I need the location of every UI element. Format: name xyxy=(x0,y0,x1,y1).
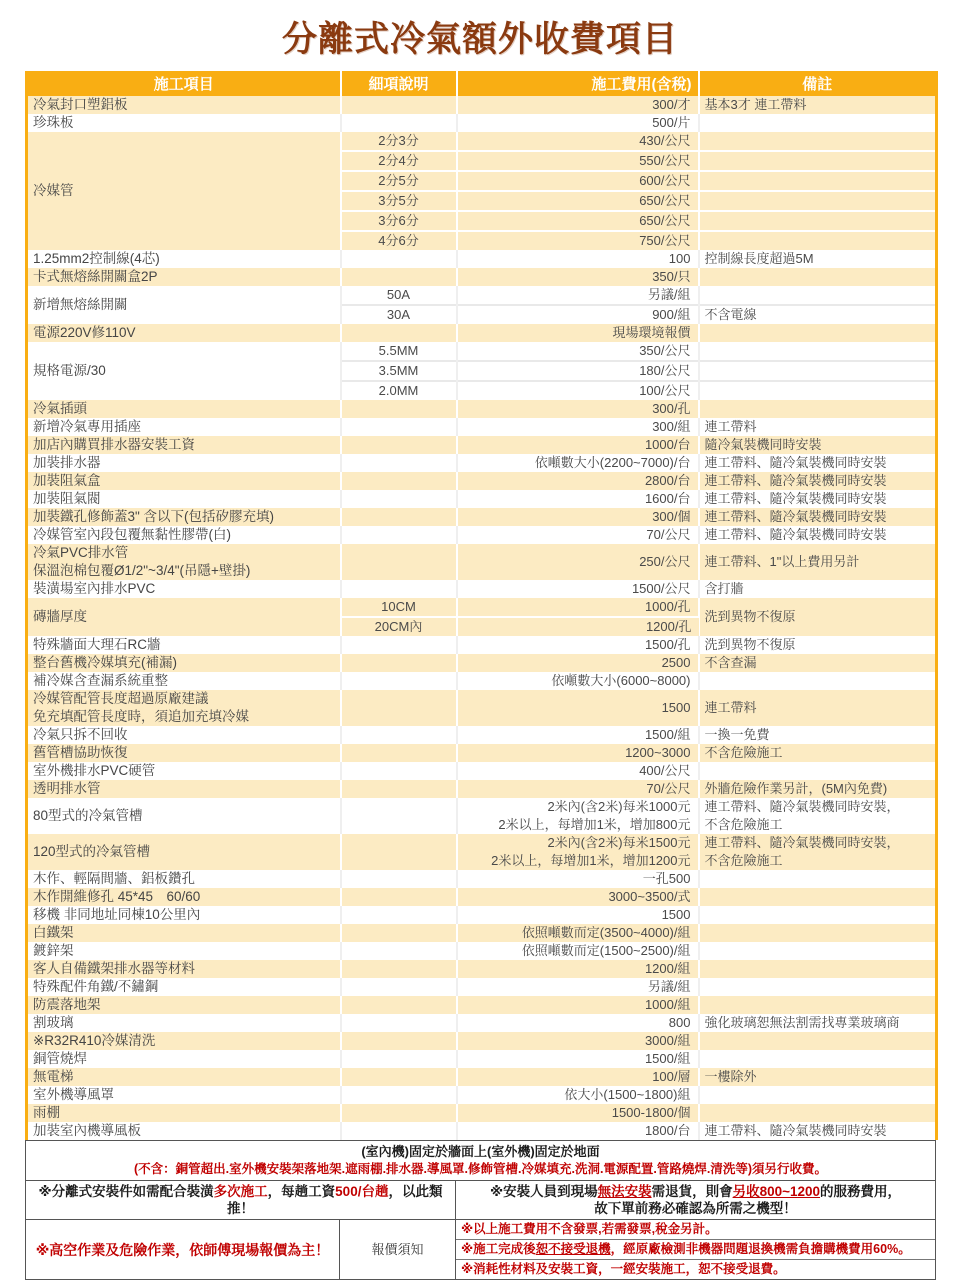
cost-cell: 900/組 xyxy=(457,305,699,324)
table-row: 新增無熔絲開關50A另議/組 xyxy=(27,286,937,305)
table-row: 補冷媒含查漏系統重整依噸數大小(6000~8000) xyxy=(27,672,937,690)
item-cell: 新增無熔絲開關 xyxy=(27,286,341,324)
note-cell xyxy=(699,906,937,924)
detail-cell: 50A xyxy=(341,286,457,305)
return-policy-note: ※安裝人員到現場無法安裝需退貨，則會另收800~1200的服務費用， 故下單前務… xyxy=(456,1181,936,1220)
item-cell: 加店內購買排水器安裝工資 xyxy=(27,436,341,454)
quote-notice-label: 報價須知 xyxy=(340,1220,456,1280)
detail-cell xyxy=(341,834,457,870)
detail-cell xyxy=(341,454,457,472)
item-cell: 冷媒管配管長度超過原廠建議 免充填配管長度時，須追加充填冷媒 xyxy=(27,690,341,726)
item-cell: 舊管槽協助恢復 xyxy=(27,744,341,762)
detail-cell xyxy=(341,1050,457,1068)
item-cell: 加裝排水器 xyxy=(27,454,341,472)
table-row: 白鐵架依照噸數而定(3500~4000)/組 xyxy=(27,924,937,942)
item-cell: 白鐵架 xyxy=(27,924,341,942)
table-row: 冷媒管2分3分430/公尺 xyxy=(27,132,937,151)
footer-note-black: (室內機)固定於牆面上(室外機)固定於地面 xyxy=(30,1143,931,1161)
detail-cell xyxy=(341,726,457,744)
table-row: 規格電源/305.5MM350/公尺 xyxy=(27,342,937,361)
cost-cell: 1200/組 xyxy=(457,960,699,978)
cost-cell: 2米內(含2米)每米1500元 2米以上，每增加1米，增加1200元 xyxy=(457,834,699,870)
detail-cell xyxy=(341,654,457,672)
item-cell: 木作、輕隔間牆、鋁板鑽孔 xyxy=(27,870,341,888)
detail-cell: 2分3分 xyxy=(341,132,457,151)
note-cell xyxy=(699,672,937,690)
detail-cell xyxy=(341,400,457,418)
cost-cell: 1500/公尺 xyxy=(457,580,699,598)
cost-cell: 800 xyxy=(457,1014,699,1032)
cost-cell: 250/公尺 xyxy=(457,544,699,580)
cost-cell: 300/孔 xyxy=(457,400,699,418)
table-row: 舊管槽協助恢復1200~3000不含危險施工 xyxy=(27,744,937,762)
detail-cell xyxy=(341,1104,457,1122)
table-row: 冷氣PVC排水管 保溫泡棉包覆Ø1/2"~3/4"(吊隱+壁掛)250/公尺連工… xyxy=(27,544,937,580)
table-row: 新增冷氣專用插座300/組連工帶料 xyxy=(27,418,937,436)
multi-trip-note: ※分離式安裝件如需配合裝潢多次施工，每趟工資500/台趟，以此類推！ xyxy=(26,1181,456,1220)
footer-note-row: (室內機)固定於牆面上(室外機)固定於地面 (不含：銅管超出.室外機安裝架落地架… xyxy=(26,1141,936,1181)
detail-cell xyxy=(341,960,457,978)
table-row: 80型式的冷氣管槽2米內(含2米)每米1000元 2米以上，每增加1米，增加80… xyxy=(27,798,937,834)
item-cell: 1.25mm2控制線(4芯) xyxy=(27,250,341,268)
note-cell xyxy=(699,151,937,171)
item-cell: 冷媒管 xyxy=(27,132,341,250)
cost-cell: 1200/孔 xyxy=(457,617,699,636)
note-cell: 連工帶料、隨冷氣裝機同時安裝 xyxy=(699,490,937,508)
detail-cell xyxy=(341,324,457,342)
note-cell: 連工帶料 xyxy=(699,418,937,436)
item-cell: 整台舊機冷媒填充(補漏) xyxy=(27,654,341,672)
item-cell: 特殊配件角鐵/不鏽鋼 xyxy=(27,978,341,996)
table-row: 客人自備鐵架排水器等材料1200/組 xyxy=(27,960,937,978)
column-header-cost: 施工費用(含稅) xyxy=(457,71,699,96)
cost-cell: 另議/組 xyxy=(457,978,699,996)
note-cell xyxy=(699,1032,937,1050)
table-row: 磚牆厚度10CM1000/孔洗到異物不復原 xyxy=(27,598,937,617)
note-cell: 外牆危險作業另計，(5M內免費) xyxy=(699,780,937,798)
detail-cell xyxy=(341,744,457,762)
table-row: 冷氣封口塑鋁板300/才基本3才 連工帶料 xyxy=(27,96,937,114)
item-cell: 防震落地架 xyxy=(27,996,341,1014)
table-row: 透明排水管70/公尺外牆危險作業另計，(5M內免費) xyxy=(27,780,937,798)
cost-cell: 1000/組 xyxy=(457,996,699,1014)
item-cell: 規格電源/30 xyxy=(27,342,341,400)
item-cell: ※R32R410冷媒清洗 xyxy=(27,1032,341,1050)
detail-cell xyxy=(341,906,457,924)
note-cell: 含打牆 xyxy=(699,580,937,598)
column-header-detail: 細項說明 xyxy=(341,71,457,96)
item-cell: 珍珠板 xyxy=(27,114,341,132)
item-cell: 特殊牆面大理石RC牆 xyxy=(27,636,341,654)
table-row: 移機 非同地址同棟10公里內1500 xyxy=(27,906,937,924)
note-cell xyxy=(699,286,937,305)
item-cell: 移機 非同地址同棟10公里內 xyxy=(27,906,341,924)
note-cell xyxy=(699,888,937,906)
table-row: 加裝鐵孔修飾蓋3" 含以下(包括矽膠充填)300/個連工帶料、隨冷氣裝機同時安裝 xyxy=(27,508,937,526)
footer-quote-row: ※高空作業及危險作業，依師傅現場報價為主！ 報價須知 ※以上施工費用不含發票,若… xyxy=(26,1220,936,1280)
detail-cell xyxy=(341,1122,457,1140)
detail-cell xyxy=(341,1032,457,1050)
item-cell: 室外機排水PVC硬管 xyxy=(27,762,341,780)
note-cell: 不含危險施工 xyxy=(699,744,937,762)
table-row: 冷氣插頭300/孔 xyxy=(27,400,937,418)
detail-cell xyxy=(341,780,457,798)
note-cell xyxy=(699,191,937,211)
detail-cell xyxy=(341,268,457,286)
table-row: 木作開維修孔 45*45 60/603000~3500/式 xyxy=(27,888,937,906)
table-row: 室外機導風罩依大小(1500~1800)組 xyxy=(27,1086,937,1104)
table-row: 鍍鋅架依照噸數而定(1500~2500)/組 xyxy=(27,942,937,960)
cost-cell: 依照噸數而定(1500~2500)/組 xyxy=(457,942,699,960)
detail-cell: 3.5MM xyxy=(341,361,457,381)
cost-cell: 600/公尺 xyxy=(457,171,699,191)
cost-cell: 依噸數大小(2200~7000)/台 xyxy=(457,454,699,472)
note-cell: 連工帶料、1"以上費用另計 xyxy=(699,544,937,580)
detail-cell xyxy=(341,526,457,544)
footer-notes-table: (室內機)固定於牆面上(室外機)固定於地面 (不含：銅管超出.室外機安裝架落地架… xyxy=(25,1140,936,1280)
note-cell xyxy=(699,231,937,250)
note-cell xyxy=(699,762,937,780)
table-row: 室外機排水PVC硬管400/公尺 xyxy=(27,762,937,780)
detail-cell xyxy=(341,996,457,1014)
price-table-body: 冷氣封口塑鋁板300/才基本3才 連工帶料珍珠板500/片冷媒管2分3分430/… xyxy=(27,96,937,1140)
note-cell: 連工帶料、隨冷氣裝機同時安裝 xyxy=(699,454,937,472)
table-row: ※R32R410冷媒清洗3000/組 xyxy=(27,1032,937,1050)
table-row: 割玻璃800強化玻璃恕無法割需找專業玻璃商 xyxy=(27,1014,937,1032)
note-cell: 連工帶料 xyxy=(699,690,937,726)
cost-cell: 300/個 xyxy=(457,508,699,526)
table-row: 120型式的冷氣管槽2米內(含2米)每米1500元 2米以上，每增加1米，增加1… xyxy=(27,834,937,870)
note-cell xyxy=(699,268,937,286)
note-cell xyxy=(699,342,937,361)
detail-cell: 2分5分 xyxy=(341,171,457,191)
detail-cell: 4分6分 xyxy=(341,231,457,250)
cost-cell: 500/片 xyxy=(457,114,699,132)
detail-cell xyxy=(341,762,457,780)
table-row: 冷媒管室內段包覆無黏性膠帶(白)70/公尺連工帶料、隨冷氣裝機同時安裝 xyxy=(27,526,937,544)
item-cell: 120型式的冷氣管槽 xyxy=(27,834,341,870)
item-cell: 室外機導風罩 xyxy=(27,1086,341,1104)
detail-cell xyxy=(341,544,457,580)
detail-cell: 30A xyxy=(341,305,457,324)
detail-cell xyxy=(341,870,457,888)
price-table: 施工項目 細項說明 施工費用(含稅) 備註 冷氣封口塑鋁板300/才基本3才 連… xyxy=(25,71,938,1140)
column-header-note: 備註 xyxy=(699,71,937,96)
cost-cell: 2800/台 xyxy=(457,472,699,490)
note-cell: 連工帶料、隨冷氣裝機同時安裝 xyxy=(699,508,937,526)
item-cell: 補冷媒含查漏系統重整 xyxy=(27,672,341,690)
item-cell: 80型式的冷氣管槽 xyxy=(27,798,341,834)
cost-cell: 1000/孔 xyxy=(457,598,699,617)
table-row: 冷氣只拆不回收1500/組一換一免費 xyxy=(27,726,937,744)
table-row: 卡式無熔絲開關盒2P350/只 xyxy=(27,268,937,286)
note-cell: 強化玻璃恕無法割需找專業玻璃商 xyxy=(699,1014,937,1032)
cost-cell: 1500 xyxy=(457,690,699,726)
detail-cell xyxy=(341,942,457,960)
cost-cell: 3000/組 xyxy=(457,1032,699,1050)
quote-note-line: ※消耗性材料及安裝工資，一經安裝施工，恕不接受退費。 xyxy=(456,1259,935,1279)
footer-policy-row: ※分離式安裝件如需配合裝潢多次施工，每趟工資500/台趟，以此類推！ ※安裝人員… xyxy=(26,1181,936,1220)
item-cell: 冷氣PVC排水管 保溫泡棉包覆Ø1/2"~3/4"(吊隱+壁掛) xyxy=(27,544,341,580)
cost-cell: 400/公尺 xyxy=(457,762,699,780)
detail-cell: 3分5分 xyxy=(341,191,457,211)
detail-cell xyxy=(341,978,457,996)
cost-cell: 2米內(含2米)每米1000元 2米以上，每增加1米，增加800元 xyxy=(457,798,699,834)
item-cell: 冷媒管室內段包覆無黏性膠帶(白) xyxy=(27,526,341,544)
footer-note-red: (不含：銅管超出.室外機安裝架落地架.遮雨棚.排水器.導風罩.修飾管槽.冷媒填充… xyxy=(30,1161,931,1178)
detail-cell xyxy=(341,508,457,526)
cost-cell: 100 xyxy=(457,250,699,268)
table-row: 特殊牆面大理石RC牆1500/孔洗到異物不復原 xyxy=(27,636,937,654)
table-row: 防震落地架1000/組 xyxy=(27,996,937,1014)
cost-cell: 650/公尺 xyxy=(457,211,699,231)
note-cell: 一樓除外 xyxy=(699,1068,937,1086)
cost-cell: 350/公尺 xyxy=(457,342,699,361)
note-cell xyxy=(699,924,937,942)
cost-cell: 依大小(1500~1800)組 xyxy=(457,1086,699,1104)
item-cell: 無電梯 xyxy=(27,1068,341,1086)
item-cell: 冷氣只拆不回收 xyxy=(27,726,341,744)
note-cell: 連工帶料、隨冷氣裝機同時安裝 xyxy=(699,526,937,544)
cost-cell: 100/層 xyxy=(457,1068,699,1086)
note-cell: 基本3才 連工帶料 xyxy=(699,96,937,114)
cost-cell: 180/公尺 xyxy=(457,361,699,381)
return-policy-line1: ※安裝人員到現場無法安裝需退貨，則會另收800~1200的服務費用， xyxy=(460,1183,931,1200)
detail-cell xyxy=(341,1068,457,1086)
cost-cell: 現場環境報價 xyxy=(457,324,699,342)
detail-cell xyxy=(341,1086,457,1104)
column-header-item: 施工項目 xyxy=(27,71,341,96)
cost-cell: 2500 xyxy=(457,654,699,672)
table-row: 加裝阻氣閥1600/台連工帶料、隨冷氣裝機同時安裝 xyxy=(27,490,937,508)
table-row: 冷媒管配管長度超過原廠建議 免充填配管長度時，須追加充填冷媒1500連工帶料 xyxy=(27,690,937,726)
note-cell: 不含電線 xyxy=(699,305,937,324)
detail-cell xyxy=(341,1014,457,1032)
note-cell xyxy=(699,381,937,400)
note-cell xyxy=(699,960,937,978)
item-cell: 卡式無熔絲開關盒2P xyxy=(27,268,341,286)
cost-cell: 650/公尺 xyxy=(457,191,699,211)
cost-cell: 另議/組 xyxy=(457,286,699,305)
detail-cell: 2.0MM xyxy=(341,381,457,400)
note-cell: 控制線長度超過5M xyxy=(699,250,937,268)
item-cell: 電源220V修110V xyxy=(27,324,341,342)
note-cell xyxy=(699,132,937,151)
table-row: 加裝排水器依噸數大小(2200~7000)/台連工帶料、隨冷氣裝機同時安裝 xyxy=(27,454,937,472)
table-row: 雨棚1500-1800/個 xyxy=(27,1104,937,1122)
note-cell xyxy=(699,171,937,191)
detail-cell xyxy=(341,114,457,132)
detail-cell xyxy=(341,418,457,436)
cost-cell: 550/公尺 xyxy=(457,151,699,171)
detail-cell xyxy=(341,888,457,906)
table-row: 裝潢場室內排水PVC1500/公尺含打牆 xyxy=(27,580,937,598)
note-cell: 不含查漏 xyxy=(699,654,937,672)
return-policy-line2: 故下單前務必確認為所需之機型！ xyxy=(460,1200,931,1217)
note-cell xyxy=(699,211,937,231)
cost-cell: 3000~3500/式 xyxy=(457,888,699,906)
table-row: 木作、輕隔間牆、鋁板鑽孔一孔500 xyxy=(27,870,937,888)
item-cell: 裝潢場室內排水PVC xyxy=(27,580,341,598)
item-cell: 冷氣插頭 xyxy=(27,400,341,418)
quote-note-line: ※以上施工費用不含發票,若需發票,稅金另計。 xyxy=(456,1220,935,1239)
note-cell xyxy=(699,996,937,1014)
cost-cell: 1600/台 xyxy=(457,490,699,508)
detail-cell xyxy=(341,580,457,598)
item-cell: 木作開維修孔 45*45 60/60 xyxy=(27,888,341,906)
cost-cell: 1500-1800/個 xyxy=(457,1104,699,1122)
detail-cell xyxy=(341,690,457,726)
table-row: 無電梯100/層一樓除外 xyxy=(27,1068,937,1086)
table-row: 銅管燒焊1500/組 xyxy=(27,1050,937,1068)
note-cell: 連工帶料、隨冷氣裝機同時安裝 xyxy=(699,1122,937,1140)
detail-cell xyxy=(341,490,457,508)
note-cell: 洗到異物不復原 xyxy=(699,636,937,654)
detail-cell xyxy=(341,436,457,454)
quote-note-line: ※施工完成後恕不接受退機，經原廠檢測非機器問題退換機需負擔購機費用60%。 xyxy=(456,1239,935,1259)
note-cell xyxy=(699,324,937,342)
detail-cell xyxy=(341,672,457,690)
note-cell: 連工帶料、隨冷氣裝機同時安裝， 不含危險施工 xyxy=(699,834,937,870)
note-cell xyxy=(699,114,937,132)
cost-cell: 430/公尺 xyxy=(457,132,699,151)
item-cell: 加裝阻氣閥 xyxy=(27,490,341,508)
cost-cell: 一孔500 xyxy=(457,870,699,888)
note-cell: 洗到異物不復原 xyxy=(699,598,937,636)
cost-cell: 350/只 xyxy=(457,268,699,286)
table-row: 加裝阻氣盒2800/台連工帶料、隨冷氣裝機同時安裝 xyxy=(27,472,937,490)
table-row: 整台舊機冷媒填充(補漏)2500不含查漏 xyxy=(27,654,937,672)
item-cell: 加裝鐵孔修飾蓋3" 含以下(包括矽膠充填) xyxy=(27,508,341,526)
item-cell: 新增冷氣專用插座 xyxy=(27,418,341,436)
cost-cell: 300/組 xyxy=(457,418,699,436)
note-cell xyxy=(699,1104,937,1122)
note-cell: 連工帶料、隨冷氣裝機同時安裝， 不含危險施工 xyxy=(699,798,937,834)
detail-cell xyxy=(341,250,457,268)
note-cell: 連工帶料、隨冷氣裝機同時安裝 xyxy=(699,472,937,490)
cost-cell: 300/才 xyxy=(457,96,699,114)
table-row: 珍珠板500/片 xyxy=(27,114,937,132)
note-cell xyxy=(699,1050,937,1068)
detail-cell xyxy=(341,472,457,490)
cost-cell: 1200~3000 xyxy=(457,744,699,762)
high-altitude-note: ※高空作業及危險作業，依師傅現場報價為主！ xyxy=(26,1220,340,1280)
item-cell: 加裝阻氣盒 xyxy=(27,472,341,490)
cost-cell: 依照噸數而定(3500~4000)/組 xyxy=(457,924,699,942)
note-cell xyxy=(699,1086,937,1104)
detail-cell: 5.5MM xyxy=(341,342,457,361)
cost-cell: 100/公尺 xyxy=(457,381,699,400)
detail-cell: 3分6分 xyxy=(341,211,457,231)
item-cell: 透明排水管 xyxy=(27,780,341,798)
item-cell: 鍍鋅架 xyxy=(27,942,341,960)
note-cell: 隨冷氣裝機同時安裝 xyxy=(699,436,937,454)
note-cell: 一換一免費 xyxy=(699,726,937,744)
cost-cell: 依噸數大小(6000~8000) xyxy=(457,672,699,690)
table-row: 1.25mm2控制線(4芯)100控制線長度超過5M xyxy=(27,250,937,268)
detail-cell: 2分4分 xyxy=(341,151,457,171)
note-cell xyxy=(699,978,937,996)
detail-cell xyxy=(341,636,457,654)
detail-cell: 20CM內 xyxy=(341,617,457,636)
note-cell xyxy=(699,400,937,418)
note-cell xyxy=(699,870,937,888)
detail-cell: 10CM xyxy=(341,598,457,617)
note-cell xyxy=(699,942,937,960)
note-cell xyxy=(699,361,937,381)
table-row: 特殊配件角鐵/不鏽鋼另議/組 xyxy=(27,978,937,996)
table-header-row: 施工項目 細項說明 施工費用(含稅) 備註 xyxy=(27,71,937,96)
cost-cell: 70/公尺 xyxy=(457,526,699,544)
item-cell: 加裝室內機導風板 xyxy=(27,1122,341,1140)
page-title: 分離式冷氣額外收費項目 xyxy=(0,0,960,71)
cost-cell: 1500/組 xyxy=(457,1050,699,1068)
item-cell: 磚牆厚度 xyxy=(27,598,341,636)
item-cell: 雨棚 xyxy=(27,1104,341,1122)
cost-cell: 70/公尺 xyxy=(457,780,699,798)
detail-cell xyxy=(341,96,457,114)
cost-cell: 750/公尺 xyxy=(457,231,699,250)
cost-cell: 1500/組 xyxy=(457,726,699,744)
cost-cell: 1500 xyxy=(457,906,699,924)
table-row: 電源220V修110V現場環境報價 xyxy=(27,324,937,342)
detail-cell xyxy=(341,924,457,942)
table-row: 加裝室內機導風板1800/台連工帶料、隨冷氣裝機同時安裝 xyxy=(27,1122,937,1140)
cost-cell: 1000/台 xyxy=(457,436,699,454)
item-cell: 冷氣封口塑鋁板 xyxy=(27,96,341,114)
detail-cell xyxy=(341,798,457,834)
footer-note: (室內機)固定於牆面上(室外機)固定於地面 (不含：銅管超出.室外機安裝架落地架… xyxy=(26,1141,936,1181)
cost-cell: 1800/台 xyxy=(457,1122,699,1140)
item-cell: 銅管燒焊 xyxy=(27,1050,341,1068)
table-row: 加店內購買排水器安裝工資1000/台隨冷氣裝機同時安裝 xyxy=(27,436,937,454)
item-cell: 割玻璃 xyxy=(27,1014,341,1032)
quote-notes: ※以上施工費用不含發票,若需發票,稅金另計。※施工完成後恕不接受退機，經原廠檢測… xyxy=(456,1220,936,1280)
cost-cell: 1500/孔 xyxy=(457,636,699,654)
item-cell: 客人自備鐵架排水器等材料 xyxy=(27,960,341,978)
